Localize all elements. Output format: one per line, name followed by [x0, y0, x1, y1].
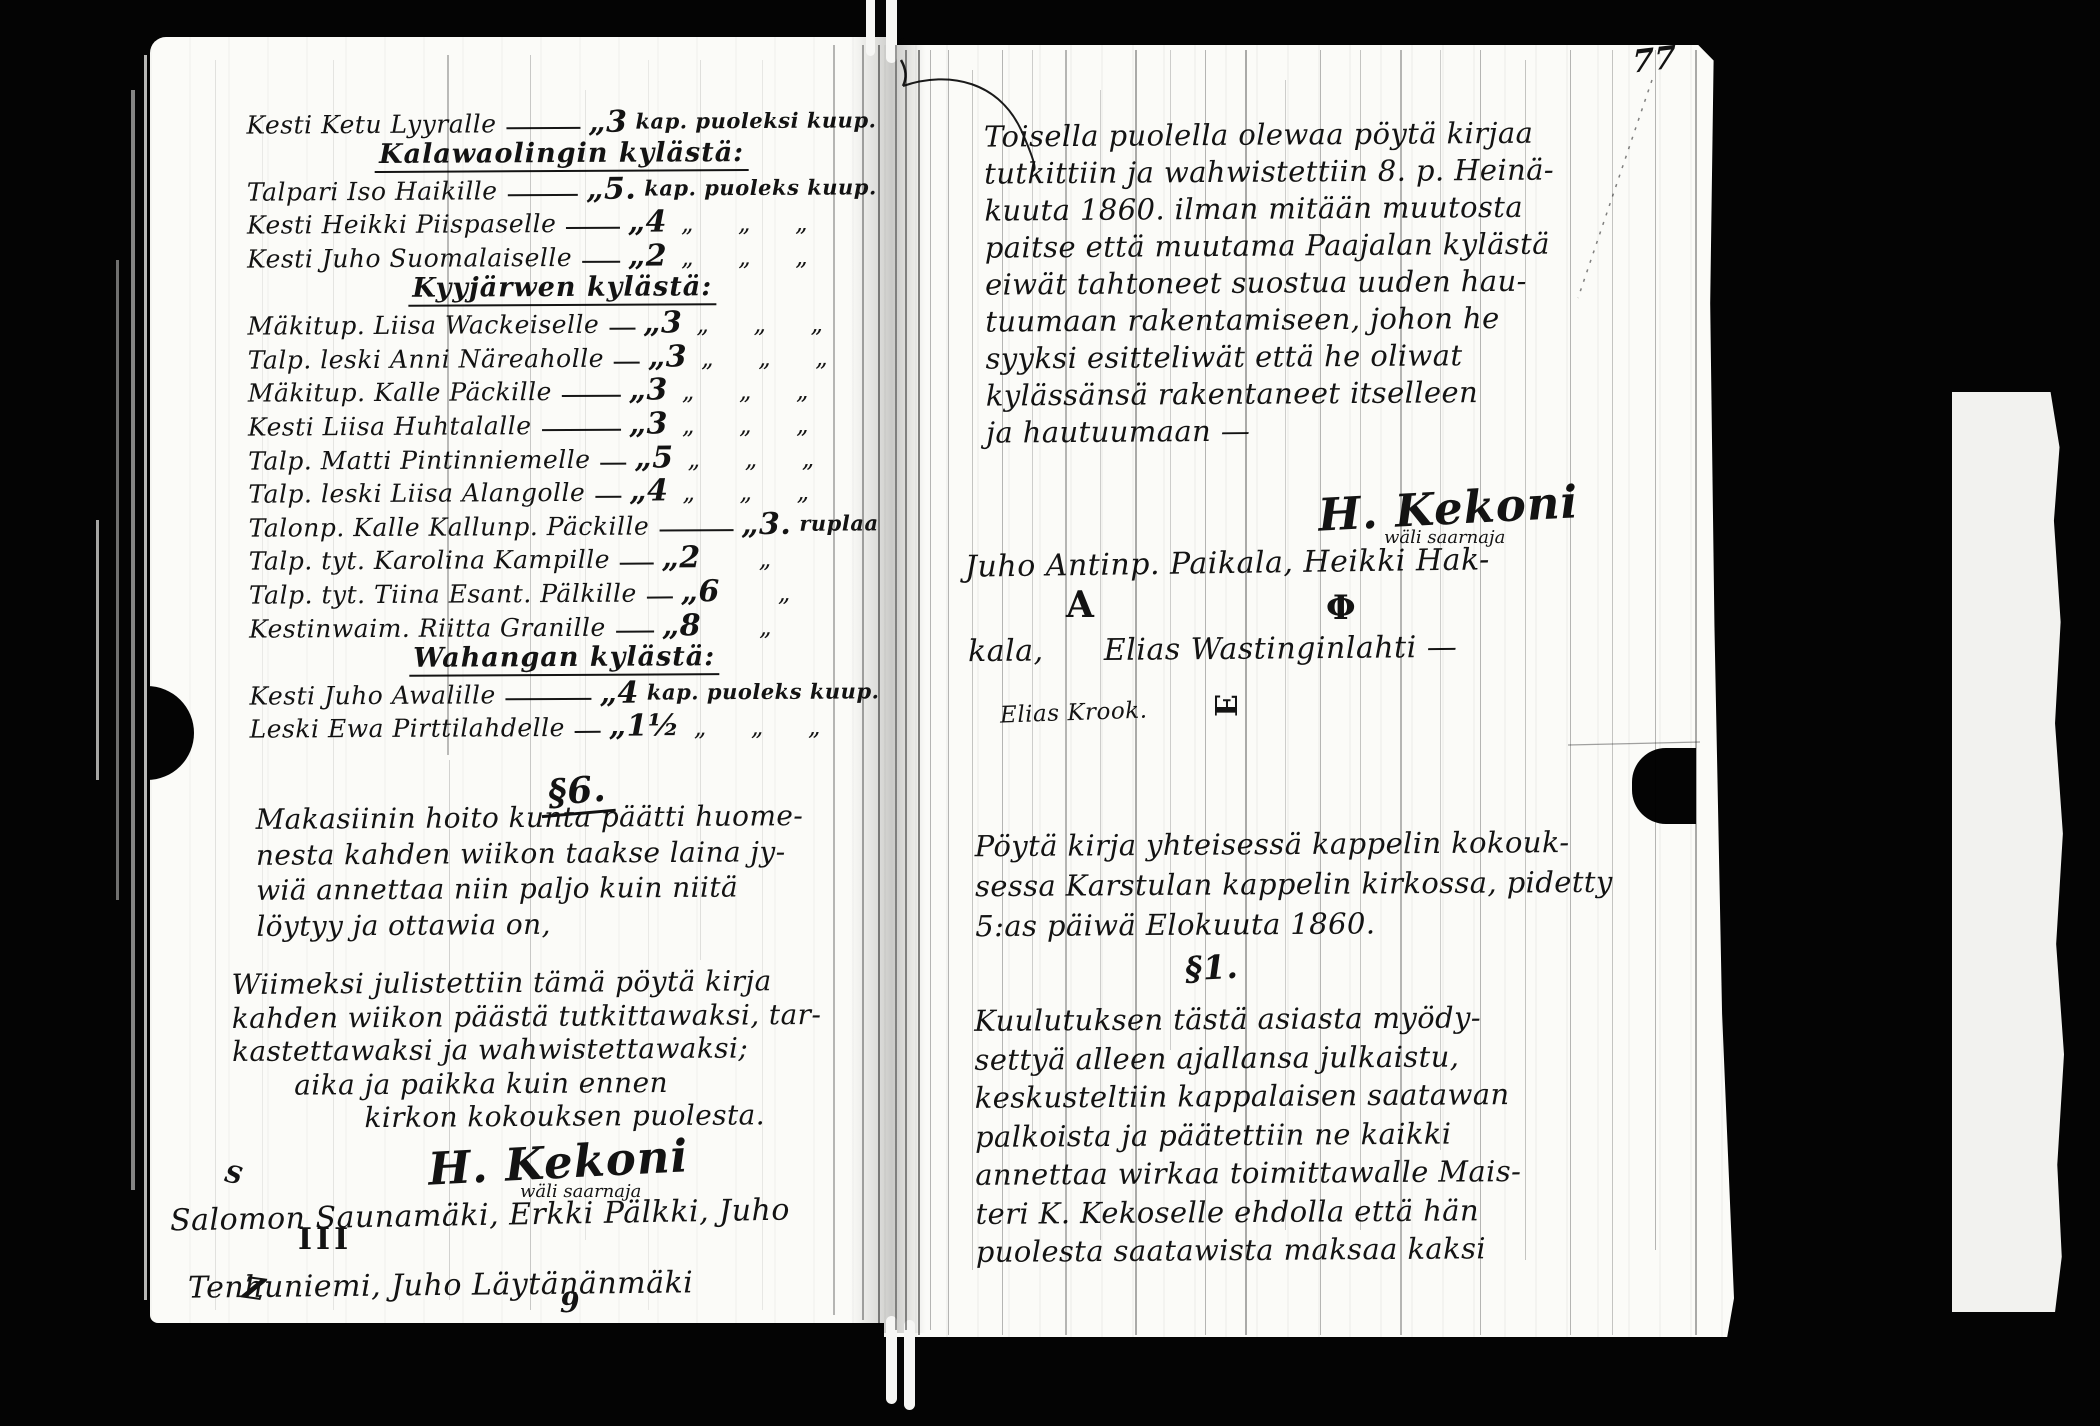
ledger-dash-line [595, 496, 621, 498]
scratch-line [333, 60, 334, 1310]
quantity: „1½ [609, 709, 680, 744]
recipient-name: Talp. leski Liisa Alangolle [248, 478, 585, 509]
ditto-marks: „ [720, 578, 898, 607]
allocation-row: Kesti Ketu Lyyralle„3kap. puoleksi kuup. [246, 102, 876, 139]
allocation-row: Kesti Heikki Piispaselle„4„ „ „ [247, 203, 877, 240]
scratch-line [262, 120, 263, 1220]
quantity: „3 [588, 104, 627, 139]
unit: kap. puoleks kuup. [639, 678, 880, 704]
scratch-line [1400, 50, 1402, 1335]
attendee-name-small: Elias Krook. [1000, 697, 1148, 728]
paragraph-line: Kuulutuksen tästä asiasta myödy- [974, 998, 1520, 1040]
ditto-marks: „ „ „ [674, 444, 884, 473]
scratch-line [762, 60, 763, 1310]
ditto-marks: „ „ „ [667, 209, 877, 238]
attendee-bomark: Φ [1326, 588, 1356, 628]
allocation-row: Leski Ewa Pirttilahdelle„1½„ „ „ [249, 707, 879, 744]
scratch-line [700, 60, 701, 960]
scratch-line [862, 45, 864, 1320]
allocation-row: Talpari Iso Haikille„5.kap. puoleks kuup… [247, 170, 877, 207]
film-clamp-top-left [866, 0, 875, 56]
quantity: „3. [741, 507, 791, 542]
recipient-name: Talpari Iso Haikille [247, 176, 498, 206]
scratch-line [1570, 50, 1571, 1335]
ledger-dash-line [614, 361, 640, 363]
chairman-signature: H. Kekoni wäli saarnaja [428, 1136, 689, 1202]
scratch-line [96, 520, 99, 780]
paragraph-line: paitse että muutama Paajalan kylästä [985, 224, 1725, 266]
scratch-line [948, 50, 949, 1335]
village-heading: Wahangan kylästä: [249, 640, 879, 677]
scratch-line [1170, 50, 1171, 1050]
paragraph-line: keskusteltiin kappalaisen saatawan [975, 1075, 1521, 1117]
allocation-row: Mäkitup. Kalle Päckille„3„ „ „ [248, 371, 878, 408]
paragraph-line: Pöytä kirja yhteisessä kappelin kokouk- [975, 822, 1613, 866]
scratch-line [895, 45, 897, 1330]
ledger-dash-line [601, 462, 627, 464]
paragraph-line: kastettawaksi ja wahwistettawaksi; [232, 1031, 822, 1069]
quantity: „2 [661, 541, 700, 576]
scratch-line [131, 90, 135, 1190]
ledger-dash-line [507, 126, 581, 128]
recipient-name: Kesti Juho Awalille [249, 680, 496, 710]
paragraph-line: teri K. Kekoselle ehdolla että hän [975, 1191, 1521, 1233]
grain-allocation-list: Kesti Ketu Lyyralle„3kap. puoleksi kuup.… [246, 102, 879, 744]
paragraph-line: annettaa wirkaa toimittawalle Mais- [975, 1152, 1521, 1194]
scratch-line [585, 90, 586, 1240]
paragraph-line: kahden wiikon päästä tutkittawaksi, tar- [232, 997, 822, 1035]
village-heading: Kyyjärwen kylästä: [247, 270, 877, 307]
ledger-dash-line [609, 328, 635, 330]
allocation-row: Talp. tyt. Karolina Kampille„2„ [249, 539, 879, 576]
attendee-names-line: kala, Elias Wastinginlahti — [968, 630, 1458, 669]
film-clamp-bottom-right [904, 1320, 915, 1410]
ditto-marks: „ [701, 612, 879, 641]
village-heading: Kalawaolingin kylästä: [247, 136, 877, 173]
paragraph-line: tutkittiin ja wahwistettiin 8. p. Heinä- [984, 150, 1724, 192]
unit: kap. puoleks kuup. [636, 174, 877, 200]
recipient-name: Talp. Matti Pintinniemelle [248, 444, 590, 475]
scratch-line [878, 45, 880, 1325]
scratch-line [1320, 50, 1321, 1335]
paragraph-line: Toisella puolella olewaa pöytä kirjaa [984, 113, 1724, 155]
signature-name: H. Kekoni [1317, 475, 1580, 542]
recipient-name: Leski Ewa Pirttilahdelle [250, 713, 565, 744]
allocation-row: Kesti Juho Suomalaiselle„2„ „ „ [247, 237, 877, 274]
scratch-line [447, 55, 449, 755]
page-edge-notch [1632, 748, 1696, 824]
scratch-line [1525, 60, 1526, 1260]
witness-tally-mark: III [298, 1222, 352, 1257]
scratch-line [905, 50, 907, 1330]
paragraph-line: sessa Karstulan kappelin kirkossa, pidet… [975, 862, 1613, 906]
ditto-marks: „ „ „ [687, 343, 897, 372]
ledger-dash-line [562, 395, 621, 397]
scratch-line [215, 60, 216, 1310]
attendee-names-line: Juho Antinp. Paikala, Heikki Hak- [965, 542, 1490, 584]
allocation-row: Kesti Juho Awalille„4kap. puoleks kuup. [249, 673, 879, 710]
scratch-line [1360, 50, 1361, 1230]
allocation-row: Talonp. Kalle Kallunp. Päckille„3.ruplaa [248, 505, 878, 542]
scratch-line [1245, 50, 1247, 1335]
scratch-line [530, 55, 531, 1310]
ledger-dash-line [566, 227, 619, 229]
scratch-line [1065, 50, 1067, 1335]
paragraph-line: ja hautuumaan — [986, 409, 1726, 451]
quantity: „3 [648, 339, 687, 374]
ledger-dash-line [575, 731, 601, 733]
quantity: „5 [634, 440, 673, 475]
allocation-row: Mäkitup. Liisa Wackeiselle„3„ „ „ [247, 304, 877, 341]
chairman-signature: H. Kekoni wäli saarnaja [1318, 482, 1579, 548]
paragraph-line: Wiimeksi julistettiin tämä pöytä kirja [231, 964, 821, 1002]
closing-paragraph: Wiimeksi julistettiin tämä pöytä kirja k… [231, 964, 822, 1136]
paragraph-line: 5:as päiwä Elokuuta 1860. [975, 902, 1613, 946]
attendee-bomark: Ǝ [1207, 694, 1242, 717]
allocation-row: Kestinwaim. Riitta Granille„8„ [249, 606, 879, 643]
scratch-line [144, 55, 147, 1300]
scratch-line [116, 260, 119, 900]
paragraph-line: tuumaan rakentamiseen, johon he [985, 298, 1725, 340]
film-edge-strip [1952, 392, 2064, 1312]
allocation-row: Talp. tyt. Tiina Esant. Pälkille„6„ [249, 573, 879, 610]
unit: kap. puoleksi kuup. [627, 107, 876, 133]
paragraph-line: kuuta 1860. ilman mitään muutosta [984, 187, 1724, 229]
paragraph-line: aika ja paikka kuin ennen [294, 1064, 822, 1101]
microfilm-frame: 77 Kesti Ketu Lyyralle„3kap. puoleksi ku… [0, 0, 2100, 1426]
recipient-name: Kestinwaim. Riitta Granille [249, 612, 606, 643]
ledger-dash-line [647, 596, 673, 598]
scratch-line [1480, 50, 1481, 1335]
paragraph-line: syyksi esitteliwät että he oliwat [985, 335, 1725, 377]
ledger-dash-line [506, 698, 592, 700]
quantity: „3 [643, 306, 682, 341]
allocation-row: Talp. leski Liisa Alangolle„4„ „ „ [248, 472, 878, 509]
scratch-line [1205, 50, 1206, 1335]
paragraph-line: eiwät tahtoneet suostua uuden hau- [985, 261, 1725, 303]
scratch-line [1285, 80, 1286, 1230]
scratch-line [1100, 90, 1101, 1240]
allocation-row: Kesti Liisa Huhtalalle„3„ „ „ [248, 405, 878, 442]
scratch-line [1440, 50, 1441, 1150]
attendee-bomark: A [1066, 584, 1094, 626]
meeting-header-paragraph: Pöytä kirja yhteisessä kappelin kokouk- … [975, 822, 1614, 946]
scratch-line [449, 760, 450, 1300]
recipient-name: Mäkitup. Liisa Wackeiselle [247, 310, 599, 341]
recipient-name: Kesti Liisa Huhtalalle [248, 411, 532, 441]
scratch-line [972, 70, 973, 1270]
scratch-line [930, 50, 931, 1330]
paragraph-line: kirkon kokouksen puolesta. [364, 1098, 822, 1135]
recipient-name: Kesti Ketu Lyyralle [246, 109, 496, 139]
ditto-marks: „ „ „ [667, 242, 877, 271]
ditto-marks: „ „ „ [682, 309, 892, 338]
allocation-row: Talp. Matti Pintinniemelle„5„ „ „ [248, 438, 878, 475]
witness-mark: 9 [560, 1286, 580, 1319]
recipient-name: Kesti Heikki Piispaselle [247, 209, 557, 240]
section-1-heading: §1. [1184, 947, 1239, 989]
paragraph-line: settyä alleen ajallansa julkaistu, [974, 1037, 1520, 1079]
ledger-dash-line [508, 194, 579, 196]
recipient-name: Mäkitup. Kalle Päckille [248, 377, 552, 408]
recipient-name: Kesti Juho Suomalaiselle [247, 243, 572, 274]
recipient-name: Talp. tyt. Tiina Esant. Pälkille [249, 579, 637, 610]
quantity: „4 [600, 675, 639, 710]
ledger-dash-line [582, 261, 620, 263]
allocation-row: Talp. leski Anni Näreaholle„3„ „ „ [248, 338, 878, 375]
scratch-line [833, 45, 835, 1315]
scratch-line [1032, 50, 1033, 1150]
scratch-line [1612, 50, 1613, 1335]
scratch-line [648, 60, 649, 1310]
paragraph-line: kylässänsä rakentaneet itselleen [986, 372, 1726, 414]
quantity: „8 [662, 608, 701, 643]
recipient-name: Talp. tyt. Karolina Kampille [249, 545, 610, 576]
ditto-marks: „ „ „ [680, 713, 890, 742]
signature-name: H. Kekoni [427, 1129, 690, 1196]
scratch-line [918, 50, 920, 1335]
recipient-name: Talp. leski Anni Näreaholle [248, 344, 604, 375]
ledger-dash-line [659, 529, 733, 531]
ledger-dash-line [542, 429, 621, 431]
paragraph-line: puolesta saatawista maksaa kaksi [976, 1229, 1522, 1271]
scratch-line [1135, 50, 1137, 1335]
quantity: „5. [586, 171, 636, 206]
ratification-paragraph: Toisella puolella olewaa pöytä kirjaa tu… [984, 113, 1726, 451]
ditto-marks: „ [701, 545, 879, 574]
scratch-line [1002, 50, 1003, 1335]
scratch-line [1655, 50, 1656, 1250]
scratch-line [1695, 50, 1697, 1335]
